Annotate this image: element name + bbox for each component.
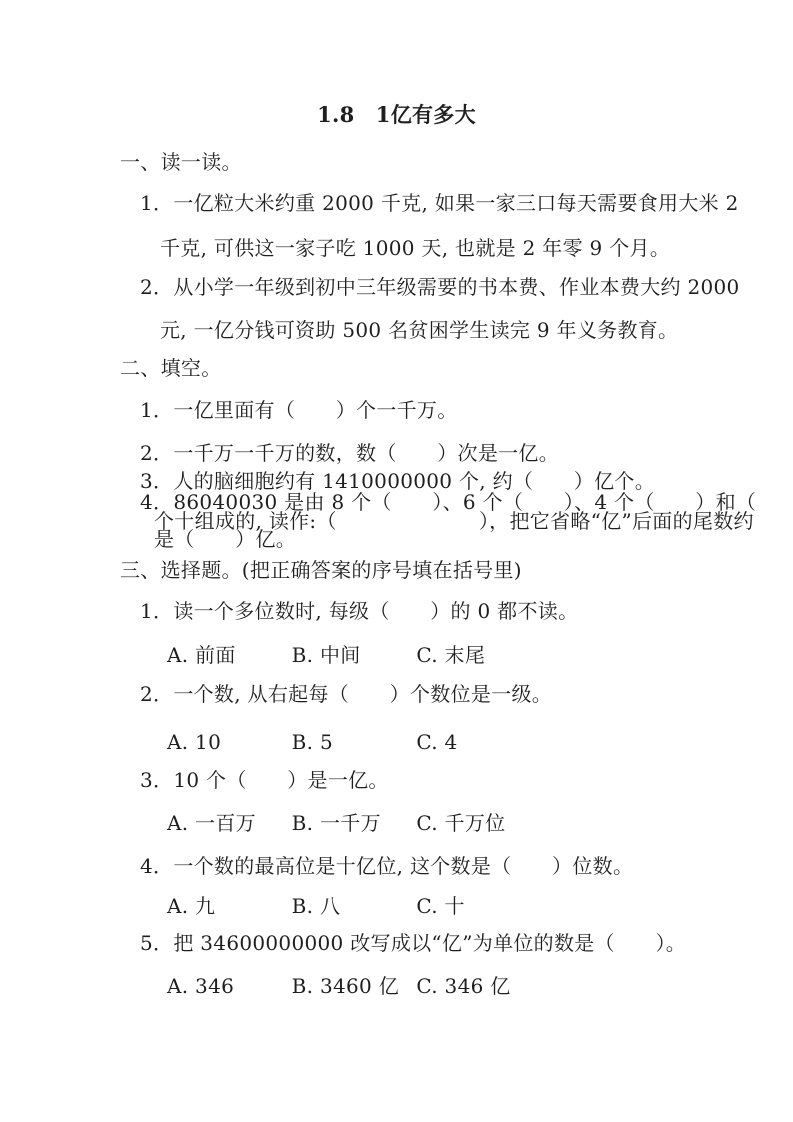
question-number: 5． xyxy=(140,931,173,955)
question-text: 一千万一千万的数，数（ ）次是一亿。 xyxy=(173,441,559,465)
question-text: 10 个（ ）是一亿。 xyxy=(173,768,388,792)
option-c: C. 千万位 xyxy=(416,811,528,835)
question-s3-3: 3．10 个（ ）是一亿。 xyxy=(140,768,389,792)
question-number: 4． xyxy=(140,854,173,878)
options-s3-4: A. 九 B. 八 C. 十 xyxy=(167,894,534,918)
question-s1-1-cont: 千克, 可供这一家子吃 1000 天, 也就是 2 年零 9 个月。 xyxy=(160,236,670,260)
option-c: C. 末尾 xyxy=(416,643,528,667)
option-a: A. 10 xyxy=(167,730,279,754)
question-number: 3． xyxy=(140,768,173,792)
options-s3-2: A. 10 B. 5 C. 4 xyxy=(167,730,534,754)
option-c: C. 4 xyxy=(416,730,528,754)
option-b: B. 3460 亿 xyxy=(292,974,404,998)
question-s3-1: 1．读一个多位数时, 每级（ ）的 0 都不读。 xyxy=(140,599,578,623)
question-text: 一亿粒大米约重 2000 千克, 如果一家三口每天需要食用大米 2 xyxy=(173,191,738,215)
question-s2-4-cont2: 是（ ）亿。 xyxy=(154,527,296,551)
question-text: 从小学一年级到初中三年级需要的书本费、作业本费大约 2000 xyxy=(173,275,739,299)
option-b: B. 八 xyxy=(292,894,404,918)
options-s3-1: A. 前面 B. 中间 C. 末尾 xyxy=(167,643,534,667)
options-s3-3: A. 一百万 B. 一千万 C. 千万位 xyxy=(167,811,534,835)
page-title: 1.8 1亿有多大 xyxy=(0,103,793,127)
option-a: A. 九 xyxy=(167,894,279,918)
section-3-heading: 三、选择题。(把正确答案的序号填在括号里) xyxy=(120,558,522,582)
question-number: 2． xyxy=(140,682,173,706)
question-number: 2． xyxy=(140,275,173,299)
section-1-heading: 一、读一读。 xyxy=(120,150,242,174)
option-a: A. 前面 xyxy=(167,643,279,667)
option-a: A. 一百万 xyxy=(167,811,279,835)
question-number: 1． xyxy=(140,599,173,623)
option-c: C. 十 xyxy=(416,894,528,918)
option-a: A. 346 xyxy=(167,974,279,998)
options-s3-5: A. 346 B. 3460 亿 C. 346 亿 xyxy=(167,974,534,998)
question-number: 1． xyxy=(140,191,173,215)
worksheet-page: 1.8 1亿有多大 一、读一读。 1．一亿粒大米约重 2000 千克, 如果一家… xyxy=(0,0,793,1122)
option-b: B. 一千万 xyxy=(292,811,404,835)
question-text: 把 34600000000 改写成以“亿”为单位的数是（ ）。 xyxy=(173,931,686,955)
option-b: B. 5 xyxy=(292,730,404,754)
question-s1-2: 2．从小学一年级到初中三年级需要的书本费、作业本费大约 2000 xyxy=(140,275,740,299)
question-text: 读一个多位数时, 每级（ ）的 0 都不读。 xyxy=(173,599,578,623)
option-b: B. 中间 xyxy=(292,643,404,667)
option-c: C. 346 亿 xyxy=(416,974,528,998)
question-s2-2: 2．一千万一千万的数，数（ ）次是一亿。 xyxy=(140,441,559,465)
question-s2-1: 1．一亿里面有（ ）个一千万。 xyxy=(140,398,458,422)
question-s1-2-cont: 元, 一亿分钱可资助 500 名贫困学生读完 9 年义务教育。 xyxy=(160,318,678,342)
question-number: 1． xyxy=(140,398,173,422)
section-2-heading: 二、填空。 xyxy=(120,356,222,380)
question-s3-5: 5．把 34600000000 改写成以“亿”为单位的数是（ ）。 xyxy=(140,931,686,955)
question-text: 一个数, 从右起每（ ）个数位是一级。 xyxy=(173,682,552,706)
question-number: 2． xyxy=(140,441,173,465)
question-s1-1: 1．一亿粒大米约重 2000 千克, 如果一家三口每天需要食用大米 2 xyxy=(140,191,739,215)
question-s3-2: 2．一个数, 从右起每（ ）个数位是一级。 xyxy=(140,682,552,706)
question-s3-4: 4．一个数的最高位是十亿位, 这个数是（ ）位数。 xyxy=(140,854,633,878)
question-text: 一个数的最高位是十亿位, 这个数是（ ）位数。 xyxy=(173,854,633,878)
question-text: 一亿里面有（ ）个一千万。 xyxy=(173,398,457,422)
